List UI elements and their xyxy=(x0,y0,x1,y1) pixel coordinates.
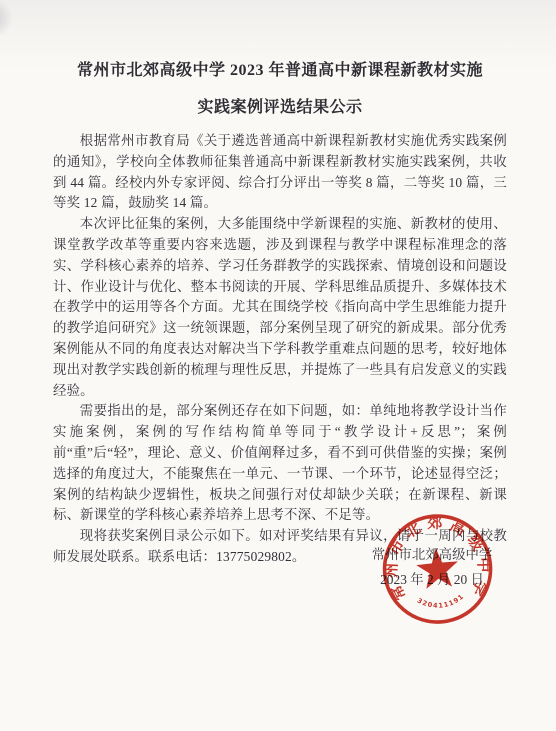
title-line-2: 实践案例评选结果公示 xyxy=(53,89,507,126)
paragraph-problems: 需要指出的是，部分案例还存在如下问题，如：单纯地将教学设计当作实施案例，案例的写… xyxy=(53,401,507,526)
scanned-document-page: 常州市北郊高级中学 2023 年普通高中新课程新教材实施 实践案例评选结果公示 … xyxy=(0,0,556,731)
stamp-star xyxy=(415,546,460,589)
document-title: 常州市北郊高级中学 2023 年普通高中新课程新教材实施 实践案例评选结果公示 xyxy=(53,52,507,126)
paragraph-strengths: 本次评比征集的案例，大多能围绕中学新课程的实施、新教材的使用、课堂教学改革等重要… xyxy=(53,214,507,401)
title-line-1: 常州市北郊高级中学 2023 年普通高中新课程新教材实施 xyxy=(53,52,507,89)
paragraph-intro: 根据常州市教育局《关于遴选普通高中新课程新教材实施优秀实践案例的通知》，学校向全… xyxy=(53,131,507,214)
official-seal-stamp: 常州市北郊高级中学 3204111917245 xyxy=(370,506,507,643)
